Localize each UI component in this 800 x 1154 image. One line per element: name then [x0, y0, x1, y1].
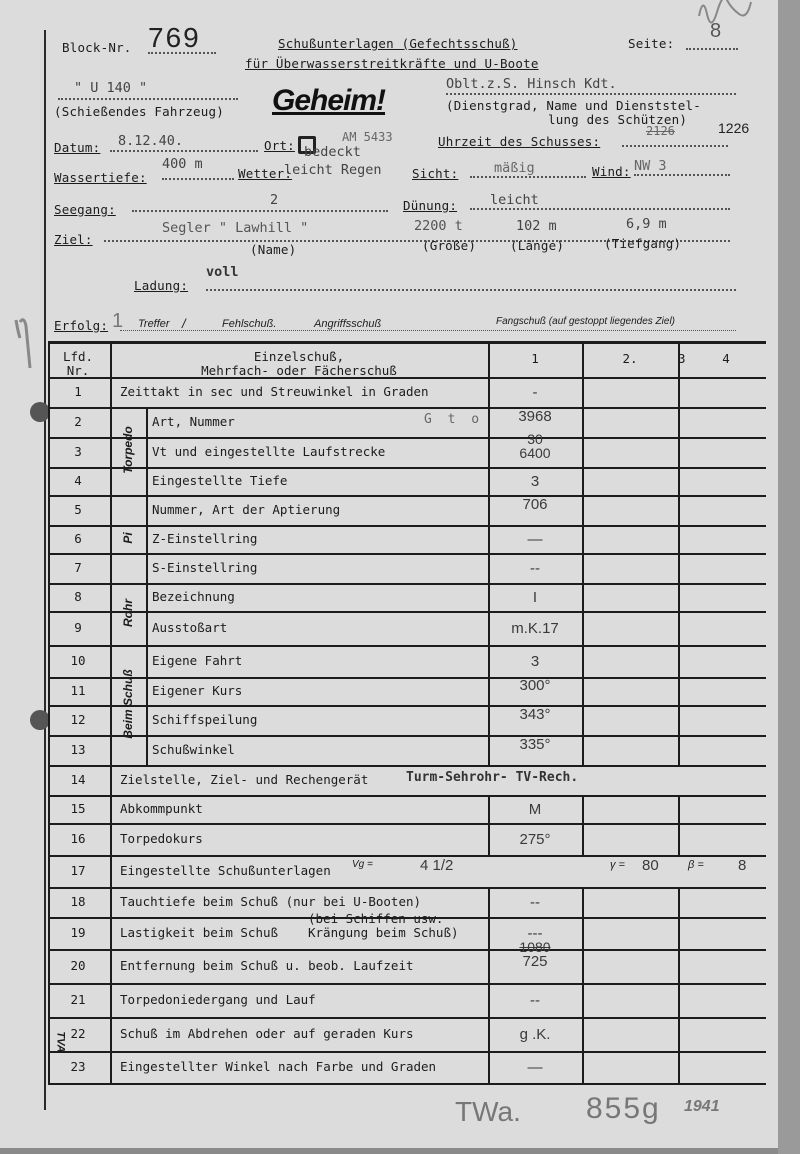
- form-subtitle: für Überwasserstreitkräfte und U-Boote: [245, 56, 539, 71]
- row-number: 1: [48, 384, 108, 399]
- table-bottom-border: [48, 1083, 766, 1085]
- row-number: 15: [48, 801, 108, 816]
- page-label: Seite:: [628, 36, 674, 51]
- ladung-label: Ladung:: [134, 278, 188, 293]
- row-extra-value: G t o: [424, 412, 483, 427]
- row-label-note: Krängung beim Schuß): [308, 925, 459, 940]
- row-divider: [48, 983, 766, 985]
- shot-1-value: M: [488, 801, 582, 818]
- vessel-caption: (Schießendes Fahrzeug): [54, 104, 224, 119]
- archive-stamp-left: TWa.: [455, 1096, 521, 1128]
- shooter-value: Oblt.z.S. Hinsch Kdt.: [446, 76, 617, 92]
- erfolg-fehlschuss-label: Fehlschuß.: [222, 318, 276, 330]
- wassertiefe-value: 400 m: [162, 156, 203, 172]
- shot-column-header: 2.: [582, 351, 678, 366]
- seegang-label: Seegang:: [54, 202, 116, 217]
- shot-column-header: 1: [488, 351, 582, 366]
- row-number: 12: [48, 712, 108, 727]
- gamma-value: 80: [642, 857, 659, 874]
- row-divider: [48, 611, 766, 613]
- shot-1-value: 300°: [488, 677, 582, 694]
- row-number: 10: [48, 653, 108, 668]
- group-label-pi: Pi: [121, 494, 135, 582]
- row-divider: [48, 949, 766, 951]
- row-label: Eingestellte Schußunterlagen: [120, 863, 331, 878]
- wassertiefe-label: Wassertiefe:: [54, 170, 147, 185]
- row-number: 6: [48, 531, 108, 546]
- duenung-label: Dünung:: [403, 198, 457, 213]
- ort-label: Ort:: [264, 138, 295, 153]
- shot-1-value: 725: [488, 953, 582, 970]
- col-desc-header: Einzelschuß,: [110, 349, 488, 364]
- row-number: 19: [48, 925, 108, 940]
- shooter-caption-1: (Dienstgrad, Name und Dienststel-: [446, 98, 701, 113]
- row-label: Eingestellter Winkel nach Farbe und Grad…: [120, 1059, 436, 1074]
- uhrzeit-value: 1226: [718, 120, 749, 136]
- ziel-label: Ziel:: [54, 232, 93, 247]
- row-extra-value: Turm-Sehrohr- TV-Rech.: [406, 770, 578, 785]
- row-label: Ausstoßart: [152, 620, 227, 635]
- row-label: Schußwinkel: [152, 742, 235, 757]
- vg-value: 4 1/2: [420, 857, 453, 874]
- beta-label: β =: [688, 859, 704, 871]
- ziel-name: Segler " Lawhill ": [162, 220, 308, 236]
- row-label: Schiffspeilung: [152, 712, 257, 727]
- col-divider: [678, 343, 680, 765]
- scribble-icon: [695, 0, 755, 24]
- shot-1-value: g .K.: [488, 1026, 582, 1043]
- col-desc-header: Mehrfach- oder Fächerschuß: [110, 363, 488, 378]
- datum-label: Datum:: [54, 140, 100, 155]
- ort-value: AM 5433: [342, 130, 393, 144]
- duenung-value: leicht: [490, 192, 539, 208]
- row-divider: [48, 583, 766, 585]
- document-sheet: Block-Nr. 769 Schußunterlagen (Gefechtss…: [0, 0, 778, 1148]
- seegang-value: 2: [270, 192, 278, 208]
- row-number: 18: [48, 894, 108, 909]
- shot-1-value: 3968: [488, 408, 582, 425]
- erfolg-angriff-label: Angriffsschuß: [314, 318, 381, 330]
- row-label: Abkommpunkt: [120, 801, 203, 816]
- margin-rule: [44, 30, 46, 1110]
- row-number: 13: [48, 742, 108, 757]
- row-label: Art, Nummer: [152, 414, 235, 429]
- ziel-groesse: 2200 t: [414, 218, 463, 234]
- sicht-label: Sicht:: [412, 166, 458, 181]
- row-number: 8: [48, 589, 108, 604]
- uhrzeit-label: Uhrzeit des Schusses:: [438, 134, 600, 149]
- shot-1-value: I: [488, 589, 582, 606]
- form-title: Schußunterlagen (Gefechtsschuß): [278, 36, 518, 51]
- row-divider: [48, 467, 766, 469]
- row-label: Zielstelle, Ziel- und Rechengerät: [120, 772, 368, 787]
- shot-1-value: 275°: [488, 831, 582, 848]
- shot-1-value: 343°: [488, 706, 582, 723]
- wind-value: NW 3: [634, 158, 667, 174]
- ziel-laenge: 102 m: [516, 218, 557, 234]
- punch-hole: [30, 710, 50, 730]
- archive-stamp-number: 855g: [586, 1092, 661, 1126]
- row-number: 20: [48, 958, 108, 973]
- archive-stamp-year: 1941: [684, 1098, 720, 1116]
- row-divider: [48, 735, 766, 737]
- row-label: Torpedokurs: [120, 831, 203, 846]
- col-divider: [678, 795, 680, 855]
- row-divider: [48, 705, 766, 707]
- erfolg-label: Erfolg:: [54, 318, 108, 333]
- ziel-name-caption: (Name): [250, 242, 296, 257]
- classification-stamp: Geheim!: [272, 84, 385, 118]
- col-divider: [110, 343, 112, 1083]
- row-label: Eigene Fahrt: [152, 653, 242, 668]
- uhrzeit-struck: 2126: [646, 124, 675, 138]
- block-number: 769: [148, 22, 201, 54]
- row-label: Z-Einstellring: [152, 531, 257, 546]
- initials-scribble: [695, 0, 755, 31]
- row-label: Zeittakt in sec und Streuwinkel in Grade…: [120, 384, 429, 399]
- row-label: Lastigkeit beim Schuß: [120, 925, 278, 940]
- row-label: Eingestellte Tiefe: [152, 473, 287, 488]
- punch-hole: [30, 402, 50, 422]
- row-divider: [48, 1051, 766, 1053]
- vessel-value: " U 140 ": [74, 80, 147, 96]
- row-number: 16: [48, 831, 108, 846]
- shot-1-value: 6400: [488, 445, 582, 461]
- row-number: 5: [48, 502, 108, 517]
- row-divider: [48, 887, 766, 889]
- ladung-value: voll: [206, 264, 239, 280]
- ziel-laenge-caption: (Länge): [510, 238, 564, 253]
- row-label: Entfernung beim Schuß u. beob. Laufzeit: [120, 958, 414, 973]
- row-divider: [48, 525, 766, 527]
- row-divider: [48, 437, 766, 439]
- col-divider: [582, 343, 584, 765]
- col-divider: [582, 887, 584, 1083]
- col-divider: [488, 343, 490, 765]
- row-divider: [48, 823, 766, 825]
- block-label: Block-Nr.: [62, 40, 132, 55]
- col-divider: [582, 795, 584, 855]
- datum-value: 8.12.40.: [118, 133, 183, 149]
- shot-1-value: -: [488, 384, 582, 401]
- row-label: Nummer, Art der Aptierung: [152, 502, 340, 517]
- row-divider: [48, 1017, 766, 1019]
- erfolg-fang-label: Fangschuß (auf gestoppt liegendes Ziel): [496, 316, 675, 327]
- row-label: S-Einstellring: [152, 560, 257, 575]
- row-label: Eigener Kurs: [152, 683, 242, 698]
- col-nr-header: Lfd.: [48, 349, 108, 364]
- row-label: Tauchtiefe beim Schuß (nur bei U-Booten): [120, 894, 421, 909]
- shot-column-header: 4: [678, 351, 774, 366]
- side-mark: TVA: [55, 1031, 67, 1052]
- row-number: 2: [48, 414, 108, 429]
- gamma-label: γ =: [610, 859, 625, 871]
- row-divider: [48, 645, 766, 647]
- col-divider: [146, 407, 148, 765]
- row-label: Schuß im Abdrehen oder auf geraden Kurs: [120, 1026, 414, 1041]
- row-divider: [48, 677, 766, 679]
- row-number: 9: [48, 620, 108, 635]
- wetter-value-1: bedeckt: [304, 144, 361, 160]
- shot-1-value: —: [488, 531, 582, 548]
- shot-1-value: 3: [488, 473, 582, 490]
- row-number: 17: [48, 863, 108, 878]
- row-number: 11: [48, 683, 108, 698]
- row-divider: [48, 495, 766, 497]
- erfolg-treffer-label: Treffer: [138, 318, 170, 330]
- row-divider: [48, 407, 766, 409]
- ziel-tiefgang-caption: (Tiefgang): [604, 236, 681, 251]
- row-number: 4: [48, 473, 108, 488]
- row-label: Torpedoniedergang und Lauf: [120, 992, 316, 1007]
- shot-1-value: 3: [488, 653, 582, 670]
- shot-1-value: m.K.17: [488, 620, 582, 637]
- row-number: 7: [48, 560, 108, 575]
- col-divider: [488, 887, 490, 1083]
- group-label-beim-schuss: Beim Schuß: [121, 644, 135, 764]
- row-number: 14: [48, 772, 108, 787]
- group-label-rohr: Rohr: [121, 582, 135, 644]
- wetter-value-2: leicht Regen: [284, 162, 382, 178]
- wind-label: Wind:: [592, 164, 631, 179]
- row-divider: [48, 795, 766, 797]
- row-label: Bezeichnung: [152, 589, 235, 604]
- shot-1-value: --: [488, 894, 582, 911]
- col-nr-header: Nr.: [48, 363, 108, 378]
- shot-1-value: --: [488, 992, 582, 1009]
- row-divider: [48, 765, 766, 767]
- vg-label: Vg =: [352, 859, 373, 870]
- shot-1-value: 335°: [488, 736, 582, 753]
- group-label-torpedo: Torpedo: [121, 406, 135, 494]
- col-divider: [678, 887, 680, 1083]
- table-top-border: [48, 341, 766, 344]
- ziel-tiefgang: 6,9 m: [626, 216, 667, 232]
- row-label-note: (bei Schiffen usw.: [308, 911, 443, 926]
- row-divider: [48, 553, 766, 555]
- pencil-mark-icon: [12, 312, 36, 372]
- erfolg-fehlschuss-value: /: [182, 316, 186, 331]
- row-label: Vt und eingestellte Laufstrecke: [152, 444, 385, 459]
- ziel-groesse-caption: (Größe): [422, 238, 476, 253]
- shot-1-value: —: [488, 1059, 582, 1076]
- sicht-value: mäßig: [494, 160, 535, 176]
- beta-value: 8: [738, 857, 746, 874]
- row-number: 21: [48, 992, 108, 1007]
- scan-edge: [778, 0, 800, 1154]
- row-number: 23: [48, 1059, 108, 1074]
- shot-1-value: --: [488, 560, 582, 577]
- row-number: 3: [48, 444, 108, 459]
- shot-1-value: 706: [488, 496, 582, 513]
